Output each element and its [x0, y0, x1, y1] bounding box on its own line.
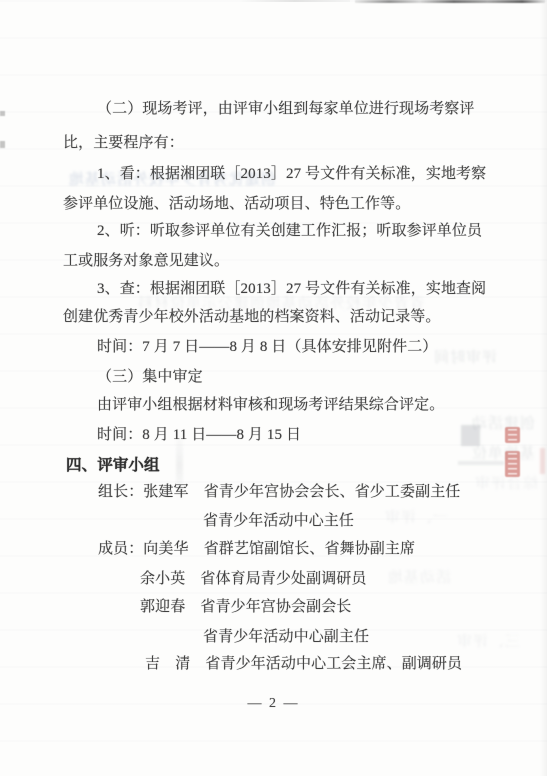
red-stamp-mark — [505, 451, 520, 477]
roster-line: 吉 清 省青少年活动中心工会主席、副调研员 — [145, 655, 462, 674]
bleedthrough-artifact: 一、评审 — [368, 506, 448, 527]
bleedthrough-artifact: 基地单位 — [445, 442, 535, 463]
paragraph-line: 工或服务对象意见建议。 — [63, 252, 229, 271]
paragraph-line: 创建优秀青少年校外活动基地的档案资料、活动记录等。 — [63, 308, 441, 327]
bleedthrough-artifact: 活动基地 — [376, 566, 451, 587]
paragraph-line: 3、查：根据湘团联［2013］27 号文件有关标准，实地查阅 — [97, 280, 486, 299]
paragraph-line: 比，主要程序有： — [63, 134, 184, 153]
stamp-texture — [508, 453, 517, 475]
ink-smudge — [461, 425, 480, 446]
roster-line: 组长：张建军 省青少年宫协会会长、省少工委副主任 — [98, 483, 460, 502]
scan-edge-tick — [0, 141, 5, 148]
page-number: — 2 — — [0, 696, 547, 712]
scan-edge-streak-light — [240, 0, 350, 2]
stamp-texture — [508, 429, 517, 441]
scan-edge-streak — [355, 0, 545, 3]
schedule-line: 时间：8 月 11 日——8 月 15 日 — [97, 426, 301, 445]
paragraph-line: （二）现场考评，由评审小组到每家单位进行现场考察评 — [97, 100, 475, 119]
roster-line: 省青少年活动中心主任 — [203, 512, 354, 531]
scanned-document-page: 创建优秀青少年校外活动基地 省青少年校外活动基地创建公示单位材料 评审时间 创建… — [0, 0, 547, 776]
bleedthrough-artifact: 创建活动 — [440, 412, 535, 433]
paragraph-line: 由评审小组根据材料审核和现场考评结果综合评定。 — [97, 396, 444, 415]
bleedthrough-artifact: 综合评审 — [448, 472, 538, 493]
red-stamp-mark — [505, 427, 520, 443]
roster-line: 余小英 省体育局青少处副调研员 — [140, 570, 367, 589]
paragraph-line: （三）集中审定 — [97, 368, 203, 387]
red-edge-smudge — [540, 448, 545, 474]
schedule-line: 时间：7 月 7 日——8 月 8 日（具体安排见附件二） — [97, 338, 437, 357]
paragraph-line: 1、看：根据湘团联［2013］27 号文件有关标准，实地考察 — [97, 165, 486, 184]
bleedthrough-artifact: 三、评审 — [455, 630, 520, 651]
roster-line: 成员：向美华 省群艺馆副馆长、省舞协副主席 — [98, 540, 415, 559]
roster-line: 省青少年活动中心副主任 — [203, 628, 369, 647]
paragraph-line: 参评单位设施、活动场地、活动项目、特色工作等。 — [63, 195, 410, 214]
scan-edge-tick — [0, 111, 5, 116]
roster-line: 郭迎春 省青少年宫协会副会长 — [140, 598, 351, 617]
paragraph-line: 2、听：听取参评单位有关创建工作汇报；听取参评单位员 — [97, 222, 482, 241]
ink-smudge — [458, 461, 504, 465]
section-heading: 四、评审小组 — [66, 456, 160, 475]
